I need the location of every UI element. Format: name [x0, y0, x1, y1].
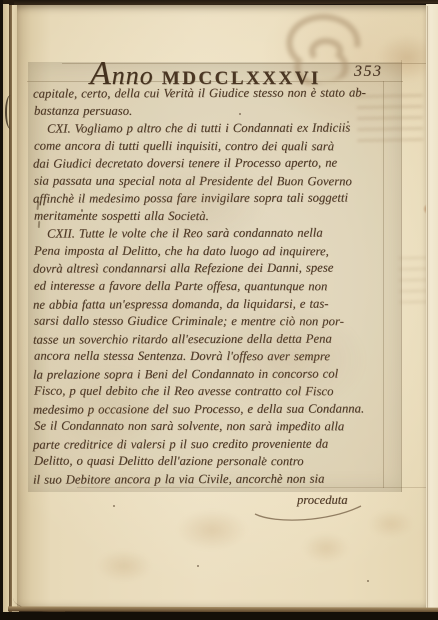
handwritten-text-block: capitale, certo, della cui Verità il Giu…	[33, 85, 399, 489]
ink-speck	[197, 565, 199, 567]
text-line: capitale, certo, della cui Verità il Giu…	[33, 84, 399, 103]
text-line: Fisco, p quel debito che il Reo avesse c…	[34, 383, 400, 401]
paper-stain	[303, 533, 349, 563]
text-line: ed interesse a favore della Parte offesa…	[34, 278, 400, 296]
text-line: ne abbia fatta un'espressa domanda, da l…	[33, 295, 399, 314]
manuscript-page: Anno MDCCLXXXVI 353 capitale, certo, del…	[17, 5, 426, 610]
ink-speck	[81, 209, 83, 212]
text-line: come ancora di tutti quelli inquisiti, c…	[34, 137, 400, 155]
scan-edge-bottom	[0, 612, 438, 620]
text-line: parte creditrice di valersi p il suo cre…	[33, 435, 399, 454]
paper-stain	[177, 510, 247, 550]
tissue-seam	[401, 60, 402, 492]
ink-speck	[239, 113, 241, 115]
text-line: ancora nella stessa Sentenza. Dovrà l'of…	[34, 348, 400, 366]
catchword-flourish	[249, 502, 369, 524]
text-line: bastanza persuaso.	[34, 102, 400, 120]
ink-bleedthrough-margin	[399, 253, 430, 304]
text-line: dai Giudici decretato doversi tenere il …	[33, 155, 399, 174]
text-line: la prelazione sopra i Beni del Condannat…	[33, 365, 399, 384]
page-edge-notch	[5, 95, 16, 129]
text-line-article-cxii: CXII. Tutte le volte che il Reo sarà con…	[33, 225, 399, 244]
text-line: il suo Debitore ancora p la via Civile, …	[33, 470, 399, 489]
paper-stain	[369, 510, 413, 538]
paper-stain	[97, 550, 151, 582]
ink-speck	[113, 505, 115, 507]
text-line: Se il Condannato non sarà solvente, non …	[34, 418, 400, 436]
text-line: tasse un soverchio ritardo all'esecuzion…	[33, 330, 399, 349]
ink-speck	[263, 457, 265, 459]
manuscript-book-scan: Anno MDCCLXXXVI 353 capitale, certo, del…	[0, 0, 438, 620]
text-line: sia passata una special nota al Presiden…	[34, 172, 400, 190]
text-line: Delitto, o quasi Delitto dell'azione per…	[34, 453, 400, 471]
fore-edge-line	[427, 6, 428, 612]
text-line: sarsi dallo stesso Giudice Criminale; e …	[34, 313, 400, 331]
text-line-article-cxi: CXI. Vogliamo p altro che di tutti i Con…	[33, 119, 399, 138]
text-line: meritamente sospetti alla Società.	[34, 207, 400, 225]
page-number: 353	[354, 63, 383, 81]
ink-speck	[347, 121, 349, 123]
text-line: dovrà altresì condannarsi alla Refezione…	[33, 260, 399, 279]
text-line: Pena imposta al Delitto, che ha dato luo…	[34, 243, 400, 261]
text-line: affinchè il medesimo possa fare invigila…	[33, 190, 399, 209]
text-line: medesimo p occasione del suo Processo, e…	[33, 400, 399, 419]
ink-speck	[367, 580, 369, 582]
ink-speck	[303, 423, 305, 425]
